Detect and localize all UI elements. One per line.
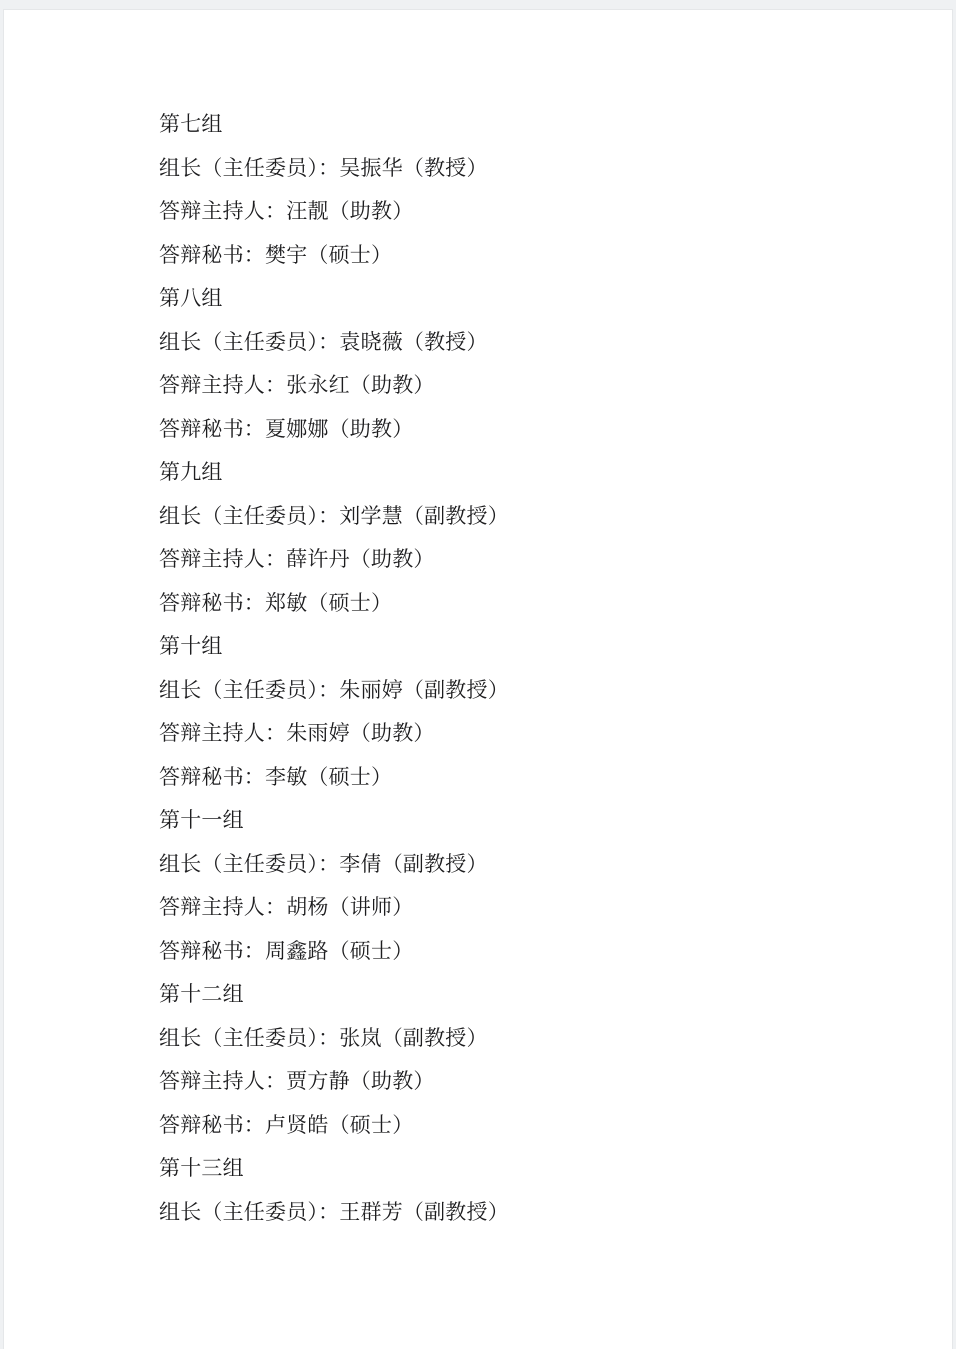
group-10-leader: 组长（主任委员）：朱丽婷（副教授） — [159, 669, 912, 713]
group-8-leader: 组长（主任委员）：袁晓薇（教授） — [159, 321, 912, 365]
group-9-secretary: 答辩秘书：郑敏（硕士） — [159, 582, 912, 626]
group-13-leader: 组长（主任委员）：王群芳（副教授） — [159, 1191, 912, 1235]
group-8-host: 答辩主持人：张永红（助教） — [159, 364, 912, 408]
group-7-secretary: 答辩秘书：樊宇（硕士） — [159, 234, 912, 278]
document-viewport: 第七组 组长（主任委员）：吴振华（教授） 答辩主持人：汪靓（助教） 答辩秘书：樊… — [0, 0, 956, 1349]
group-8-heading: 第八组 — [159, 277, 912, 321]
group-12-heading: 第十二组 — [159, 973, 912, 1017]
group-9-leader: 组长（主任委员）：刘学慧（副教授） — [159, 495, 912, 539]
group-7-leader: 组长（主任委员）：吴振华（教授） — [159, 147, 912, 191]
group-13-heading: 第十三组 — [159, 1147, 912, 1191]
document-content: 第七组 组长（主任委员）：吴振华（教授） 答辩主持人：汪靓（助教） 答辩秘书：樊… — [4, 10, 952, 1234]
group-11-host: 答辩主持人：胡杨（讲师） — [159, 886, 912, 930]
group-7-heading: 第七组 — [159, 103, 912, 147]
group-12-leader: 组长（主任委员）：张岚（副教授） — [159, 1017, 912, 1061]
document-page: 第七组 组长（主任委员）：吴振华（教授） 答辩主持人：汪靓（助教） 答辩秘书：樊… — [3, 9, 953, 1349]
group-9-heading: 第九组 — [159, 451, 912, 495]
group-10-heading: 第十组 — [159, 625, 912, 669]
group-8-secretary: 答辩秘书：夏娜娜（助教） — [159, 408, 912, 452]
group-10-host: 答辩主持人：朱雨婷（助教） — [159, 712, 912, 756]
group-7-host: 答辩主持人：汪靓（助教） — [159, 190, 912, 234]
group-11-heading: 第十一组 — [159, 799, 912, 843]
group-12-secretary: 答辩秘书：卢贤皓（硕士） — [159, 1104, 912, 1148]
group-11-secretary: 答辩秘书：周鑫路（硕士） — [159, 930, 912, 974]
group-10-secretary: 答辩秘书：李敏（硕士） — [159, 756, 912, 800]
group-12-host: 答辩主持人：贾方静（助教） — [159, 1060, 912, 1104]
group-11-leader: 组长（主任委员）：李倩（副教授） — [159, 843, 912, 887]
group-9-host: 答辩主持人：薛许丹（助教） — [159, 538, 912, 582]
